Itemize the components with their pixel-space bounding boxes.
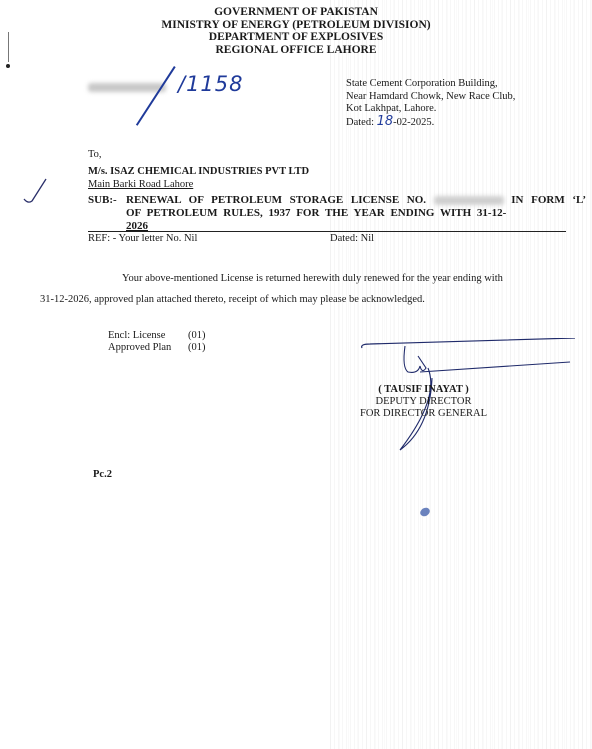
subject-divider bbox=[88, 231, 566, 232]
letterhead: GOVERNMENT OF PAKISTAN MINISTRY OF ENERG… bbox=[0, 6, 592, 56]
enclosure-count: (01) bbox=[188, 330, 206, 342]
enclosure-item: Encl: License (01) bbox=[108, 330, 206, 342]
addressee-address: Main Barki Road Lahore bbox=[88, 179, 309, 192]
address-line-1: State Cement Corporation Building, bbox=[346, 78, 515, 91]
enclosure-item: Approved Plan (01) bbox=[108, 342, 206, 354]
addressee-name: M/s. ISAZ CHEMICAL INDUSTRIES PVT LTD bbox=[88, 166, 309, 179]
enclosure-label: Approved Plan bbox=[108, 342, 188, 354]
addressee: M/s. ISAZ CHEMICAL INDUSTRIES PVT LTD Ma… bbox=[88, 166, 309, 191]
letter-date: Dated: 18-02-2025. bbox=[346, 116, 515, 130]
handwritten-slash bbox=[136, 66, 176, 126]
handwritten-reference-number: /1158 bbox=[178, 72, 244, 96]
subject-part-1: RENEWAL OF PETROLEUM STORAGE LICENSE NO. bbox=[126, 194, 426, 206]
subject-body: RENEWAL OF PETROLEUM STORAGE LICENSE NO.… bbox=[126, 194, 586, 233]
office-address: State Cement Corporation Building, Near … bbox=[346, 78, 515, 129]
reference-line: REF: - Your letter No. Nil Dated: Nil bbox=[88, 233, 568, 244]
enclosures: Encl: License (01) Approved Plan (01) bbox=[108, 330, 206, 353]
signatory-title: DEPUTY DIRECTOR bbox=[360, 396, 487, 408]
subject: SUB:- RENEWAL OF PETROLEUM STORAGE LICEN… bbox=[88, 194, 586, 233]
ink-stamp-mark bbox=[419, 506, 432, 518]
subject-label: SUB:- bbox=[88, 194, 117, 207]
address-line-2: Near Hamdard Chowk, New Race Club, bbox=[346, 91, 515, 104]
redacted-license-number bbox=[434, 196, 504, 205]
to-label: To, bbox=[88, 149, 102, 160]
body-line-1: Your above-mentioned License is returned… bbox=[40, 268, 580, 289]
copy-label: Pc.2 bbox=[93, 469, 112, 480]
ref-text: REF: - Your letter No. Nil bbox=[88, 233, 197, 244]
dated-rest: -02-2025. bbox=[393, 117, 434, 128]
signatory-for: FOR DIRECTOR GENERAL bbox=[360, 408, 487, 420]
check-mark-icon bbox=[22, 175, 48, 205]
letterhead-department: DEPARTMENT OF EXPLOSIVES bbox=[0, 31, 592, 44]
address-line-3: Kot Lakhpat, Lahore. bbox=[346, 103, 515, 116]
margin-mark bbox=[8, 32, 9, 62]
letterhead-government: GOVERNMENT OF PAKISTAN bbox=[0, 6, 592, 19]
signatory-block: ( TAUSIF INAYAT ) DEPUTY DIRECTOR FOR DI… bbox=[360, 384, 487, 420]
letterhead-office: REGIONAL OFFICE LAHORE bbox=[0, 44, 592, 57]
enclosure-count: (01) bbox=[188, 342, 206, 354]
signatory-name: ( TAUSIF INAYAT ) bbox=[360, 384, 487, 396]
margin-dot bbox=[6, 64, 10, 68]
letterhead-ministry: MINISTRY OF ENERGY (PETROLEUM DIVISION) bbox=[0, 19, 592, 32]
enclosure-label: Encl: License bbox=[108, 330, 188, 342]
redacted-reference bbox=[88, 83, 166, 92]
handwritten-day: 18 bbox=[377, 114, 394, 129]
body-line-2: 31-12-2026, approved plan attached there… bbox=[40, 289, 580, 310]
dated-label: Dated: bbox=[346, 117, 374, 128]
letter-body: Your above-mentioned License is returned… bbox=[40, 268, 580, 310]
ref-dated: Dated: Nil bbox=[330, 233, 374, 244]
